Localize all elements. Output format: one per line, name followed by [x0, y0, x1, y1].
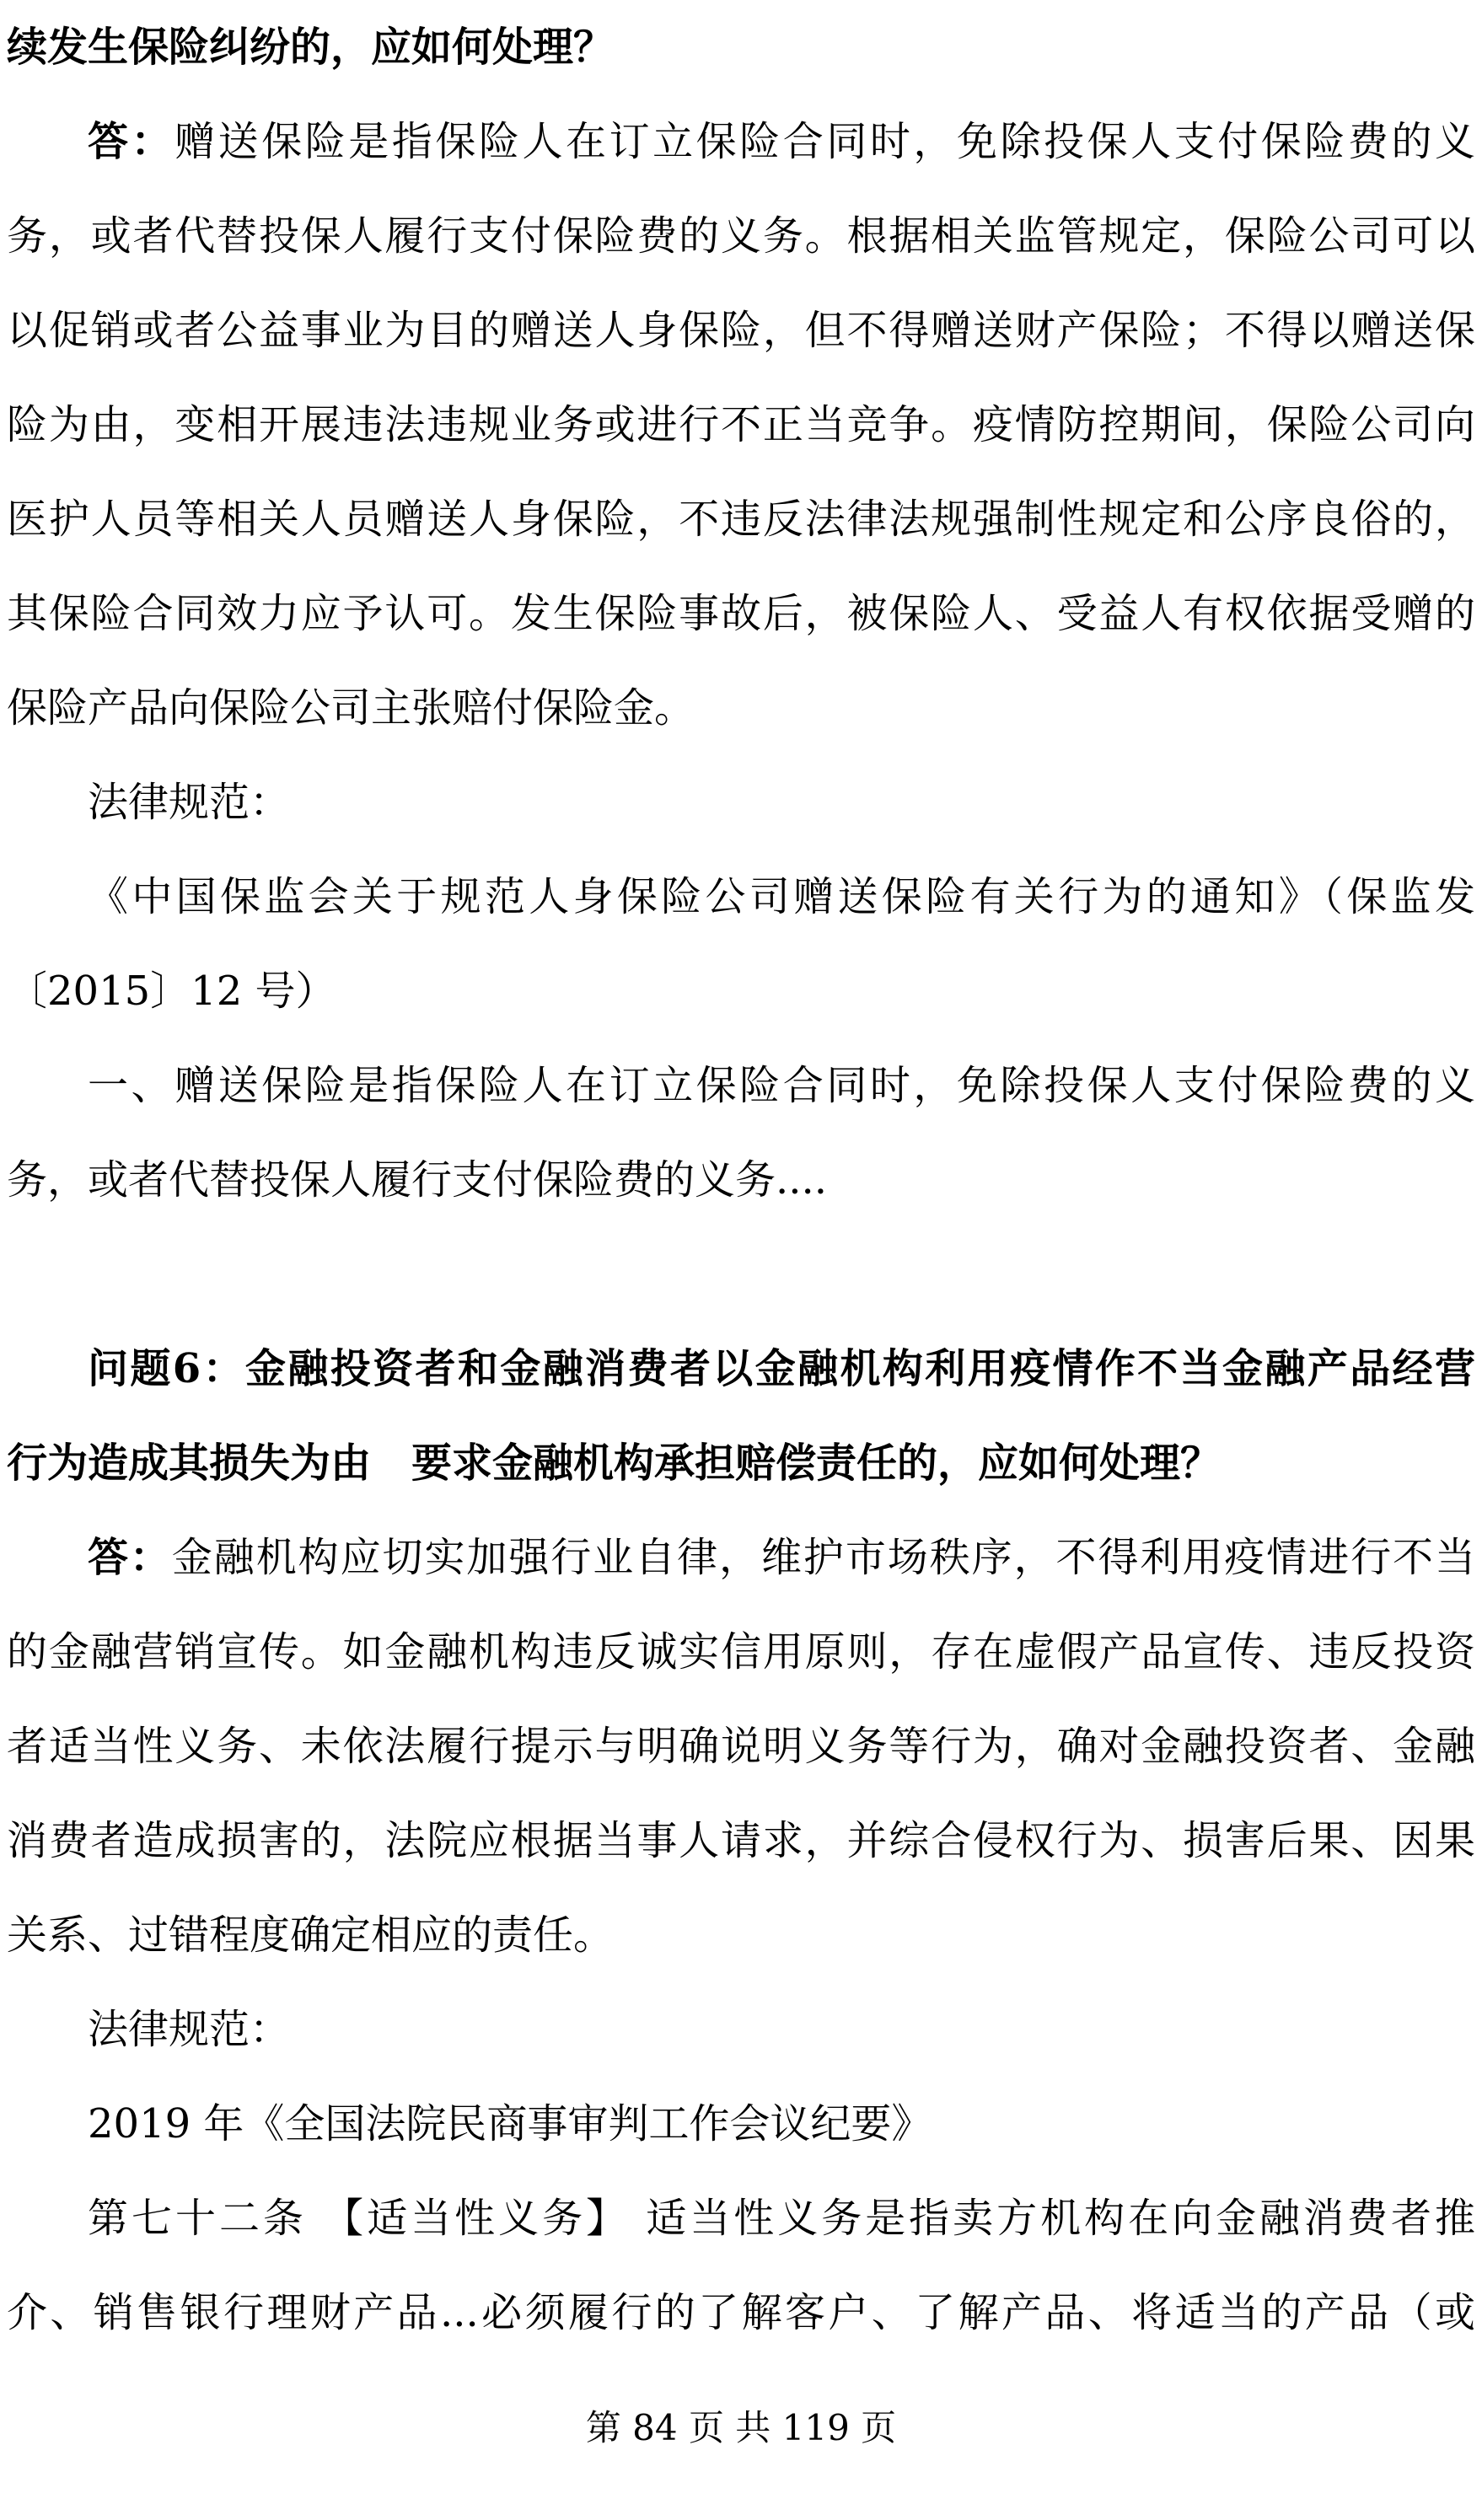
body-line: 者适当性义务、未依法履行提示与明确说明义务等行为，确对金融投资者、金融 [7, 1699, 1475, 1793]
body-line: 险为由，变相开展违法违规业务或进行不正当竞争。疫情防控期间，保险公司向 [7, 378, 1475, 472]
line-text: 赠送保险是指保险人在订立保险合同时，免除投保人支付保险费的义 [175, 118, 1475, 165]
answer-label: 答： [88, 118, 175, 165]
question-6-heading-line: 行为造成其损失为由 要求金融机构承担赔偿责任的，应如何处理？ [7, 1416, 1475, 1510]
legal-norms-label: 法律规范： [7, 1982, 1475, 2077]
body-line: 的金融营销宣传。如金融机构违反诚实信用原则，存在虚假产品宣传、违反投资 [7, 1605, 1475, 1699]
body-line: 关系、过错程度确定相应的责任。 [7, 1888, 1475, 1982]
answer-paragraph-line: 答：金融机构应切实加强行业自律，维护市场秩序，不得利用疫情进行不当 [7, 1510, 1475, 1605]
question-heading-continued: 续发生保险纠纷的，应如何处理？ [7, 0, 1475, 94]
page-content: 续发生保险纠纷的，应如何处理？ 答：赠送保险是指保险人在订立保险合同时，免除投保… [0, 0, 1482, 2461]
article-72-line: 介、销售银行理财产品...必须履行的了解客户、了解产品、将适当的产品（或 [7, 2265, 1475, 2360]
body-line: 以促销或者公益事业为目的赠送人身保险，但不得赠送财产保险；不得以赠送保 [7, 283, 1475, 378]
body-line: 务，或者代替投保人履行支付保险费的义务。根据相关监管规定，保险公司可以 [7, 189, 1475, 283]
line-text: 金融机构应切实加强行业自律，维护市场秩序，不得利用疫情进行不当 [172, 1534, 1475, 1581]
question-6-heading-line: 问题6：金融投资者和金融消费者以金融机构利用疫情作不当金融产品经营 [7, 1322, 1475, 1416]
footer-page-number: 第 84 页 共 119 页 [7, 2395, 1475, 2461]
meeting-minutes-title-line: 2019 年《全国法院民商事审判工作会议纪要》 [7, 2077, 1475, 2171]
article-72-line: 第七十二条 【适当性义务】 适当性义务是指卖方机构在向金融消费者推 [7, 2171, 1475, 2265]
blank-line [7, 1227, 1475, 1322]
regulation-quote-line: 务，或者代替投保人履行支付保险费的义务.... [7, 1133, 1475, 1227]
body-line: 医护人员等相关人员赠送人身保险，不违反法律法规强制性规定和公序良俗的， [7, 472, 1475, 566]
body-line: 消费者造成损害的，法院应根据当事人请求，并综合侵权行为、损害后果、因果 [7, 1793, 1475, 1888]
document-page: 续发生保险纠纷的，应如何处理？ 答：赠送保险是指保险人在订立保险合同时，免除投保… [0, 0, 1482, 2520]
body-line: 保险产品向保险公司主张赔付保险金。 [7, 661, 1475, 755]
regulation-title-line: 《中国保监会关于规范人身保险公司赠送保险有关行为的通知》（保监发 [7, 850, 1475, 944]
legal-norms-label: 法律规范： [7, 755, 1475, 850]
body-line: 其保险合同效力应予认可。发生保险事故后，被保险人、受益人有权依据受赠的 [7, 566, 1475, 661]
regulation-quote-line: 一、赠送保险是指保险人在订立保险合同时，免除投保人支付保险费的义 [7, 1038, 1475, 1133]
answer-label: 答： [88, 1534, 172, 1581]
answer-paragraph-line: 答：赠送保险是指保险人在订立保险合同时，免除投保人支付保险费的义 [7, 94, 1475, 189]
regulation-number-line: 〔2015〕12 号） [7, 944, 1475, 1038]
